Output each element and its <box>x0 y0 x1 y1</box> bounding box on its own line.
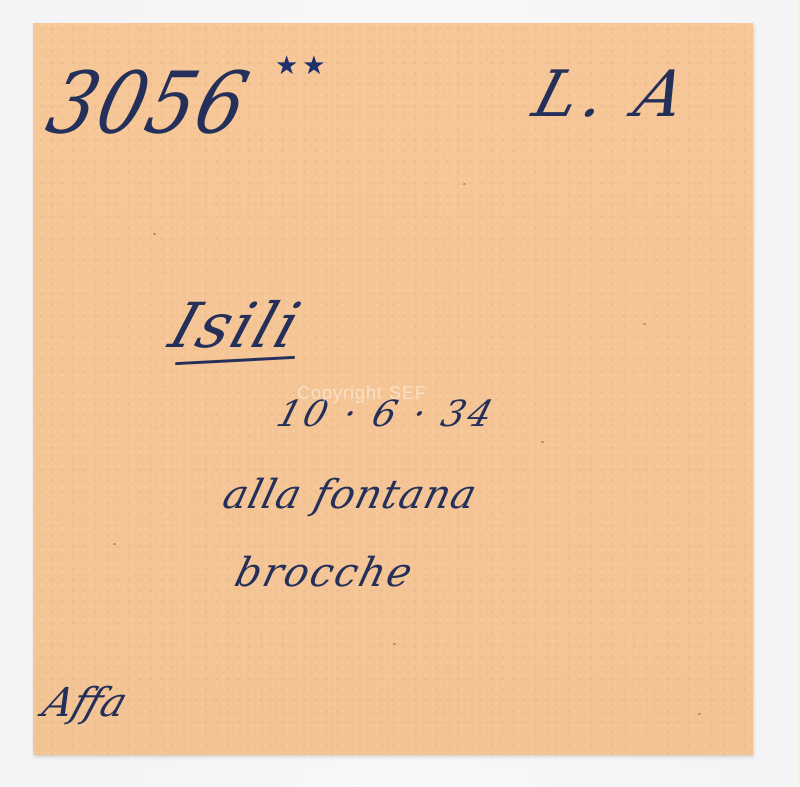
paper-speck <box>698 713 701 715</box>
collector-initials: L. A <box>527 63 699 127</box>
locality-name: Isili <box>163 295 309 357</box>
collection-date: 10 · 6 · 34 <box>273 397 500 433</box>
scan-background: 3056 ★★ L. A Isili 10 · 6 · 34 alla font… <box>0 0 800 787</box>
catalog-number: 3056 <box>40 61 258 146</box>
adjacent-paper-edge <box>794 0 800 787</box>
paper-speck <box>113 543 116 545</box>
paper-speck <box>463 183 466 185</box>
paper-speck <box>643 323 646 325</box>
paper-speck <box>153 233 156 235</box>
site-description-line-2: brocche <box>231 553 418 593</box>
specimen-label-card: 3056 ★★ L. A Isili 10 · 6 · 34 alla font… <box>33 23 753 755</box>
star-marks-icon: ★★ <box>275 53 330 79</box>
site-description-line-1: alla fontana <box>219 475 481 515</box>
signature: Affa <box>38 683 132 723</box>
paper-speck <box>393 643 396 645</box>
paper-speck <box>541 441 544 443</box>
